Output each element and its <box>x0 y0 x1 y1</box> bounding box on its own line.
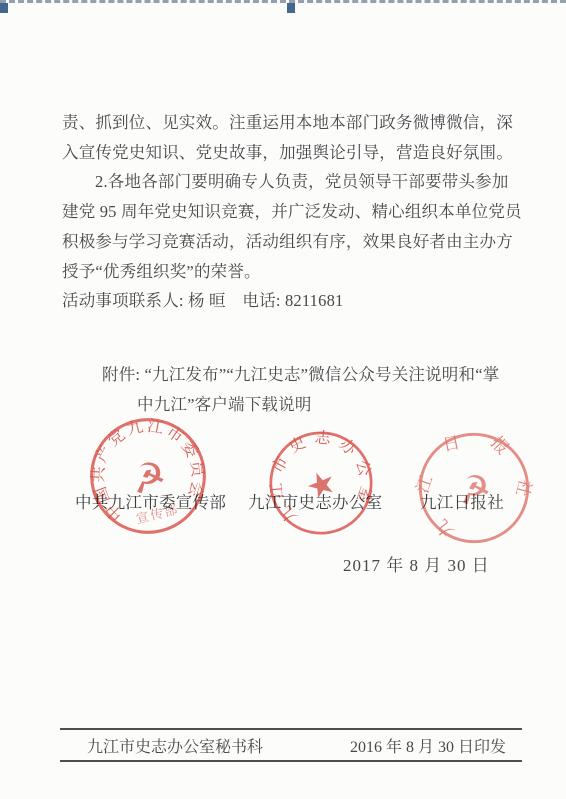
signature-org: 九江日报社 <box>420 489 504 513</box>
attachment-line: 中九江”客户端下载说明 <box>102 390 522 420</box>
svg-text:九江日报社: 九江日报社 <box>403 419 543 545</box>
body-line: 责、抓到位、见实效。注重运用本地本部门政务微博微信，深 <box>62 108 512 138</box>
body-line: 积极参与学习竞赛活动，活动组织有序，效果良好者由主办方 <box>62 227 512 257</box>
body-line: 授予“优秀组织奖”的荣誉。 <box>62 257 512 287</box>
page-break-handle-icon <box>287 3 295 13</box>
body-line: 建党 95 周年党史知识竞赛，并广泛发动、精心组织本单位党员 <box>62 197 512 227</box>
body-line: 入宣传党史知识、党史故事，加强舆论引导，营造良好氛围。 <box>62 138 512 168</box>
seal-arc-text: 九江日报社 <box>403 419 543 545</box>
page-break-dashed-line <box>0 0 566 3</box>
footer-issuing-office: 九江市史志办公室秘书科 <box>87 734 263 757</box>
official-seal-history-office: 九江市史志办公室 ★ <box>255 417 387 549</box>
page-break-handle-icon <box>0 3 8 13</box>
document-date: 2017 年 8 月 30 日 <box>343 551 490 576</box>
signature-org: 中共九江市委宣传部 <box>75 489 226 513</box>
body-line: 2.各地各部门要明确专人负责，党员领导干部要带头参加 <box>62 167 512 197</box>
attachment-line: 附件: “九江发布”“九江史志”微信公众号关注说明和“掌 <box>102 360 522 390</box>
signature-org: 九江市史志办公室 <box>248 489 382 513</box>
scanned-document-page: 责、抓到位、见实效。注重运用本地本部门政务微博微信，深 入宣传党史知识、党史故事… <box>0 0 566 799</box>
attachment-note: 附件: “九江发布”“九江史志”微信公众号关注说明和“掌 中九江”客户端下载说明 <box>102 360 522 420</box>
printing-footer: 九江市史志办公室秘书科 2016 年 8 月 30 日印发 <box>60 728 522 762</box>
document-body: 责、抓到位、见实效。注重运用本地本部门政务微博微信，深 入宣传党史知识、党史故事… <box>62 108 512 316</box>
official-seal-propaganda-dept: 中国共产党九江市委员会 ☭ 宣传部 <box>70 398 225 553</box>
signature-row: 中共九江市委宣传部 九江市史志办公室 九江日报社 <box>0 489 566 513</box>
official-seal-daily-newspaper: 九江日报社 ☭ <box>402 416 547 561</box>
footer-print-date: 2016 年 8 月 30 日印发 <box>350 734 506 757</box>
contact-line: 活动事项联系人: 杨 晅 电话: 8211681 <box>62 286 512 316</box>
